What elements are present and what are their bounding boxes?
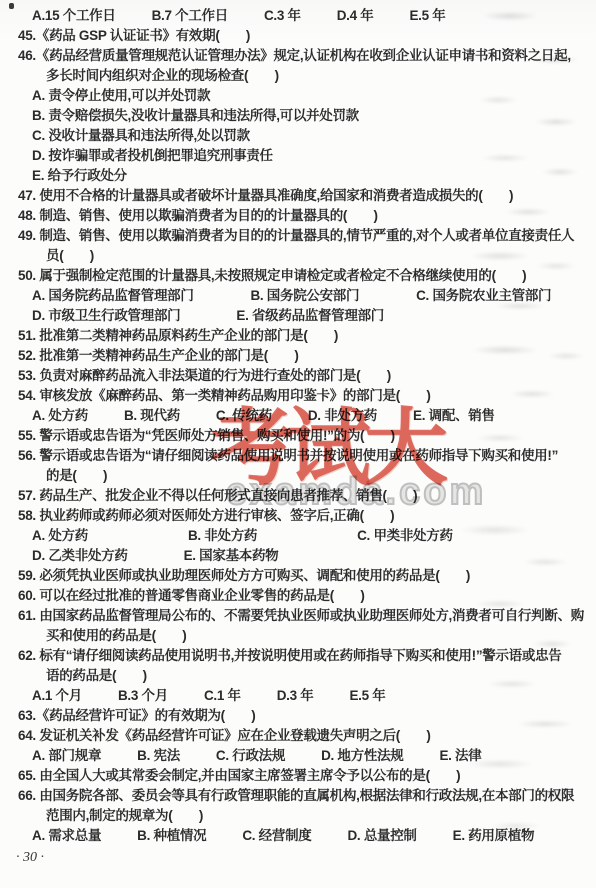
option-item: D.4 年 — [337, 6, 374, 26]
question-line: 45.《药品 GSP 认证证书》有效期( ) — [0, 26, 596, 46]
question-line: 52. 批准第一类精神药品生产企业的部门是( ) — [0, 346, 596, 366]
question-line: 49. 制造、销售、使用以欺骗消费者为目的的计量器具的,情节严重的,对个人或者单… — [0, 226, 596, 246]
option-item: B. 国务院公安部门 — [250, 286, 359, 306]
option-item: E. 省级药品监督管理部门 — [236, 306, 384, 326]
option-item: B. 现代药 — [124, 406, 180, 426]
option-item: B.3 个月 — [118, 686, 168, 706]
option-row: A. 处方药B. 非处方药C. 甲类非处方药 — [0, 526, 596, 546]
option-item: B. 种植情况 — [137, 826, 206, 846]
question-line: 58. 执业药师或药师必须对医师处方进行审核、签字后,正确( ) — [0, 506, 596, 526]
option-item: D.3 年 — [277, 686, 314, 706]
question-line: 56. 警示语或忠告语为“请仔细阅读药品使用说明书并按说明使用或在药师指导下购买… — [0, 446, 596, 466]
question-line: 47. 使用不合格的计量器具或者破坏计量器具准确度,给国家和消费者造成损失的( … — [0, 186, 596, 206]
question-line: 62. 标有“请仔细阅读药品使用说明书,并按说明使用或在药师指导下购买和使用!”… — [0, 646, 596, 666]
option-item: A. 处方药 — [32, 526, 88, 546]
option-item: B. 宪法 — [137, 746, 180, 766]
option-item: A. 部门规章 — [32, 746, 101, 766]
question-line: 60. 可以在经过批准的普通零售商业企业零售的药品是( ) — [0, 586, 596, 606]
question-continuation-line: 语的药品是( ) — [0, 666, 596, 686]
option-line: C. 没收计量器具和违法所得,处以罚款 — [0, 126, 596, 146]
option-row: D. 乙类非处方药E. 国家基本药物 — [0, 546, 596, 566]
option-line: D. 按诈骗罪或者投机倒把罪追究刑事责任 — [0, 146, 596, 166]
question-line: 65. 由全国人大或其常委会制定,并由国家主席签署主席令予以公布的是( ) — [0, 766, 596, 786]
option-item: A. 需求总量 — [32, 826, 101, 846]
option-row: A.15 个工作日B.7 个工作日C.3 年D.4 年E.5 年 — [0, 6, 596, 26]
option-item: D. 市级卫生行政管理部门 — [32, 306, 180, 326]
option-line: E. 给予行政处分 — [0, 166, 596, 186]
question-continuation-line: 买和使用的药品是( ) — [0, 626, 596, 646]
option-item: C. 国务院农业主管部门 — [416, 286, 551, 306]
option-item: E. 药用原植物 — [453, 826, 535, 846]
option-item: B. 非处方药 — [188, 526, 257, 546]
question-line: 50. 属于强制检定范围的计量器具,未按照规定申请检定或者检定不合格继续使用的(… — [0, 266, 596, 286]
option-item: E.5 年 — [409, 6, 445, 26]
option-item: C. 经营制度 — [242, 826, 311, 846]
option-item: A. 处方药 — [32, 406, 88, 426]
option-item: D. 非处方药 — [308, 406, 377, 426]
option-row: A. 需求总量B. 种植情况C. 经营制度D. 总量控制E. 药用原植物 — [0, 826, 596, 846]
option-row: A.1 个月B.3 个月C.1 年D.3 年E.5 年 — [0, 686, 596, 706]
question-line: 66. 由国务院各部、委员会等具有行政管理职能的直属机构,根据法律和行政法规,在… — [0, 786, 596, 806]
option-item: C. 传统药 — [216, 406, 272, 426]
question-line: 61. 由国家药品监督管理局公布的、不需要凭执业医师或执业助理医师处方,消费者可… — [0, 606, 596, 626]
question-line: 54. 审核发放《麻醉药品、第一类精神药品购用印鉴卡》的部门是( ) — [0, 386, 596, 406]
question-continuation-line: 员( ) — [0, 246, 596, 266]
question-continuation-line: 多长时间内组织对企业的现场检查( ) — [0, 66, 596, 86]
option-line: A. 责令停止使用,可以并处罚款 — [0, 86, 596, 106]
option-row: A. 部门规章B. 宪法C. 行政法规D. 地方性法规E. 法律 — [0, 746, 596, 766]
option-item: C. 行政法规 — [216, 746, 285, 766]
option-row: A. 国务院药品监督管理部门B. 国务院公安部门C. 国务院农业主管部门 — [0, 286, 596, 306]
scanned-exam-page: A.15 个工作日B.7 个工作日C.3 年D.4 年E.5 年45.《药品 G… — [0, 0, 596, 888]
question-line: 46.《药品经营质量管理规范认证管理办法》规定,认证机构在收到企业认证申请书和资… — [0, 46, 596, 66]
question-line: 57. 药品生产、批发企业不得以任何形式直接向患者推荐、销售( ) — [0, 486, 596, 506]
option-item: A.1 个月 — [32, 686, 82, 706]
question-line: 64. 发证机关补发《药品经营许可证》应在企业登载遗失声明之后( ) — [0, 726, 596, 746]
option-item: E. 调配、销售 — [413, 406, 495, 426]
question-line: 59. 必须凭执业医师或执业助理医师处方方可购买、调配和使用的药品是( ) — [0, 566, 596, 586]
option-item: C.3 年 — [264, 6, 301, 26]
option-row: A. 处方药B. 现代药C. 传统药D. 非处方药E. 调配、销售 — [0, 406, 596, 426]
option-item: E.5 年 — [349, 686, 385, 706]
option-item: D. 乙类非处方药 — [32, 546, 128, 566]
option-item: B.7 个工作日 — [152, 6, 228, 26]
question-line: 55. 警示语或忠告语为“凭医师处方销售、购买和使用!”的为( ) — [0, 426, 596, 446]
option-item: D. 总量控制 — [347, 826, 416, 846]
question-line: 48. 制造、销售、使用以欺骗消费者为目的的计量器具的( ) — [0, 206, 596, 226]
option-item: A. 国务院药品监督管理部门 — [32, 286, 194, 306]
question-continuation-line: 范围内,制定的规章为( ) — [0, 806, 596, 826]
option-item: E. 法律 — [439, 746, 481, 766]
option-item: A.15 个工作日 — [32, 6, 116, 26]
question-line: 63.《药品经营许可证》的有效期为( ) — [0, 706, 596, 726]
question-list: A.15 个工作日B.7 个工作日C.3 年D.4 年E.5 年45.《药品 G… — [0, 6, 596, 846]
option-row: D. 市级卫生行政管理部门E. 省级药品监督管理部门 — [0, 306, 596, 326]
option-line: B. 责令赔偿损失,没收计量器具和违法所得,可以并处罚款 — [0, 106, 596, 126]
option-item: C.1 年 — [204, 686, 241, 706]
option-item: C. 甲类非处方药 — [357, 526, 453, 546]
question-line: 53. 负责对麻醉药品流入非法渠道的行为进行查处的部门是( ) — [0, 366, 596, 386]
question-continuation-line: 的是( ) — [0, 466, 596, 486]
option-item: E. 国家基本药物 — [184, 546, 279, 566]
page-number: · 30 · — [16, 850, 44, 866]
option-item: D. 地方性法规 — [321, 746, 403, 766]
question-line: 51. 批准第二类精神药品原料药生产企业的部门是( ) — [0, 326, 596, 346]
